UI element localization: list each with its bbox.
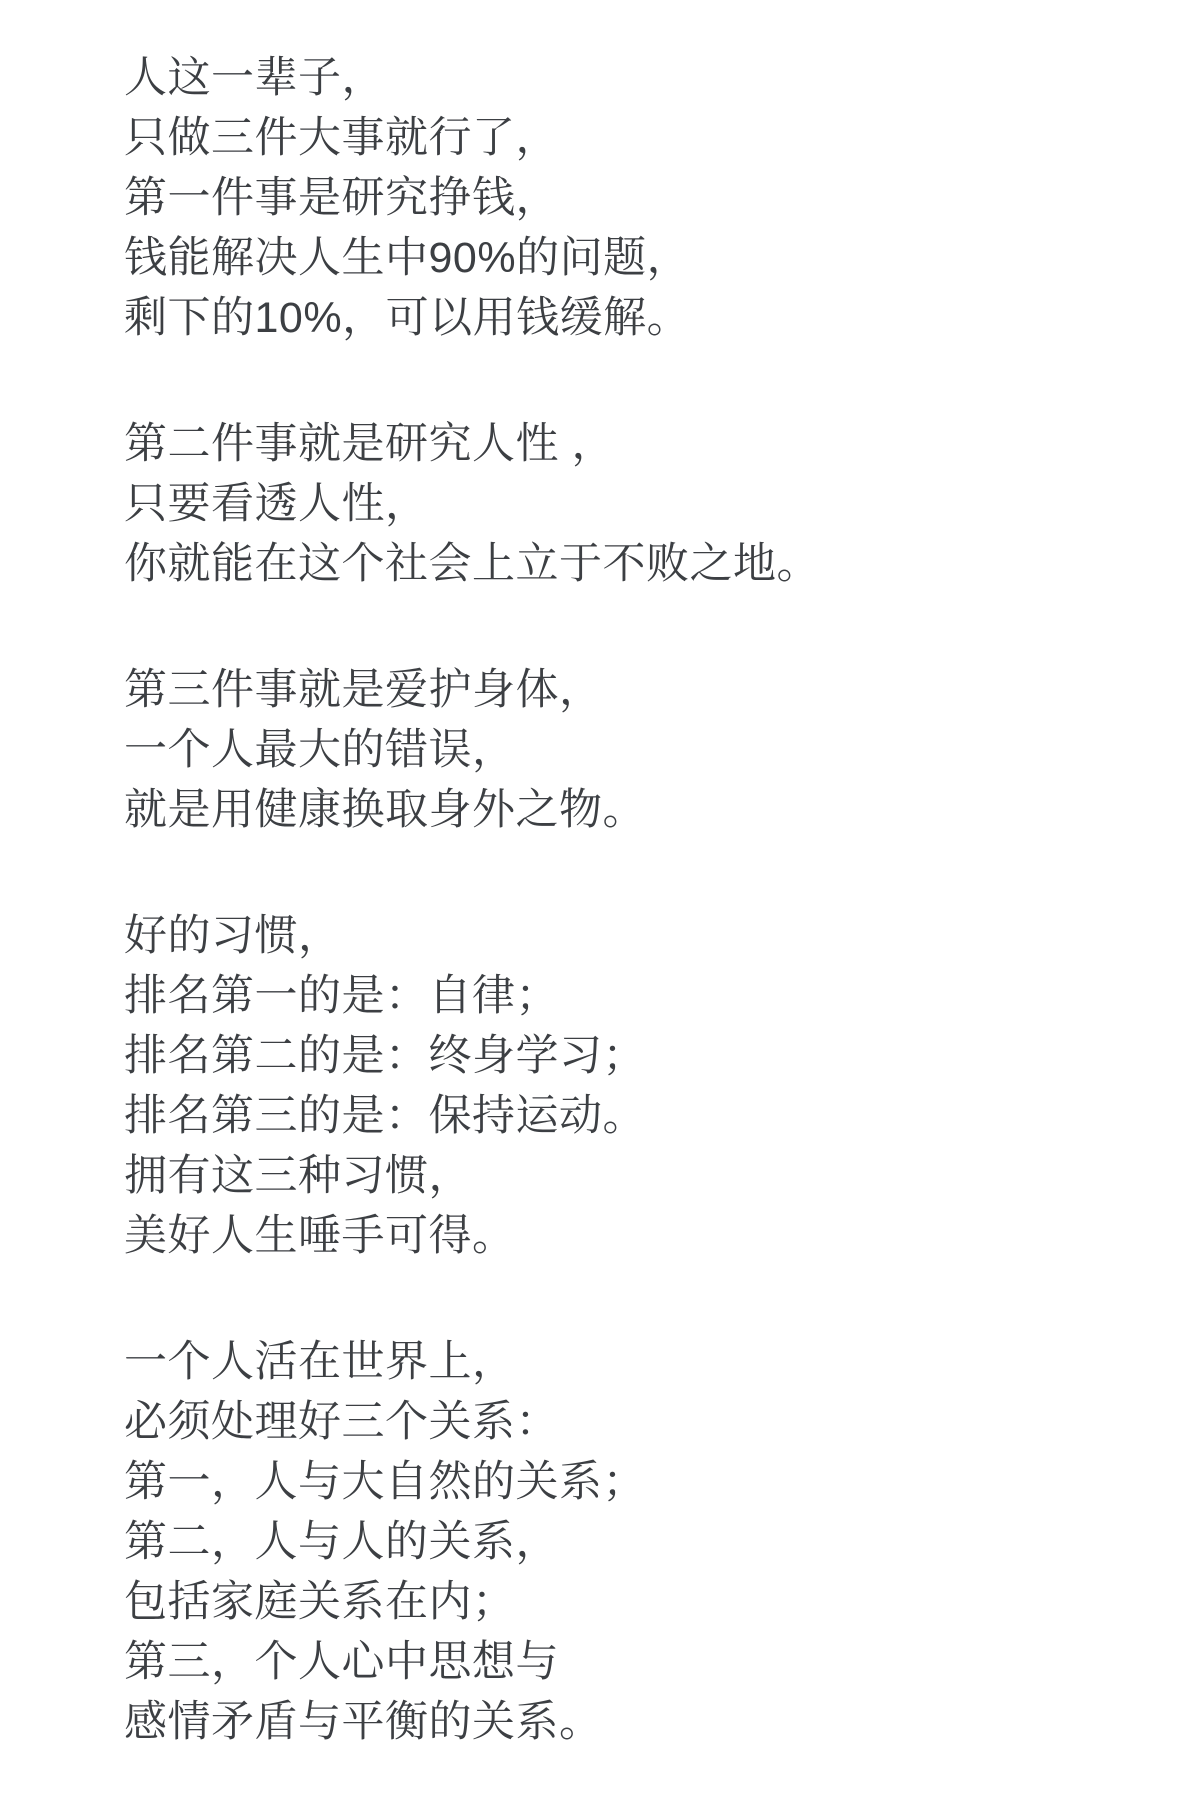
text-line: 必须处理好三个关系： xyxy=(124,1392,1099,1452)
text-line: 包括家庭关系在内； xyxy=(124,1572,1099,1632)
text-line: 第三件事就是爱护身体， xyxy=(124,660,1099,720)
text-line: 剩下的10%，可以用钱缓解。 xyxy=(124,288,1099,348)
text-line: 第一，人与大自然的关系； xyxy=(124,1452,1099,1512)
text-line: 排名第二的是：终身学习； xyxy=(124,1026,1099,1086)
text-line: 只要看透人性， xyxy=(124,474,1099,534)
text-line: 第二，人与人的关系， xyxy=(124,1512,1099,1572)
paragraph-life-three-things: 人这一辈子， 只做三件大事就行了， 第一件事是研究挣钱， 钱能解决人生中90%的… xyxy=(124,48,1099,348)
text-line: 就是用健康换取身外之物。 xyxy=(124,780,1099,840)
text-line: 你就能在这个社会上立于不败之地。 xyxy=(124,534,1099,594)
text-line: 美好人生唾手可得。 xyxy=(124,1206,1099,1266)
text-line: 好的习惯， xyxy=(124,906,1099,966)
paragraph-three-relationships: 一个人活在世界上， 必须处理好三个关系： 第一，人与大自然的关系； 第二，人与人… xyxy=(124,1332,1099,1752)
paragraph-second-thing: 第二件事就是研究人性 ， 只要看透人性， 你就能在这个社会上立于不败之地。 xyxy=(124,414,1099,594)
text-line: 排名第三的是：保持运动。 xyxy=(124,1086,1099,1146)
article-page: 人这一辈子， 只做三件大事就行了， 第一件事是研究挣钱， 钱能解决人生中90%的… xyxy=(0,0,1179,1752)
paragraph-good-habits: 好的习惯， 排名第一的是：自律； 排名第二的是：终身学习； 排名第三的是：保持运… xyxy=(124,906,1099,1266)
text-line: 第二件事就是研究人性 ， xyxy=(124,414,1099,474)
text-line: 拥有这三种习惯， xyxy=(124,1146,1099,1206)
text-line: 只做三件大事就行了， xyxy=(124,108,1099,168)
text-line: 第三，个人心中思想与 xyxy=(124,1632,1099,1692)
text-line: 人这一辈子， xyxy=(124,48,1099,108)
text-line: 钱能解决人生中90%的问题， xyxy=(124,228,1099,288)
text-line: 排名第一的是：自律； xyxy=(124,966,1099,1026)
text-line: 感情矛盾与平衡的关系。 xyxy=(124,1692,1099,1752)
paragraph-third-thing: 第三件事就是爱护身体， 一个人最大的错误， 就是用健康换取身外之物。 xyxy=(124,660,1099,840)
text-line: 第一件事是研究挣钱， xyxy=(124,168,1099,228)
text-line: 一个人活在世界上， xyxy=(124,1332,1099,1392)
text-line: 一个人最大的错误， xyxy=(124,720,1099,780)
